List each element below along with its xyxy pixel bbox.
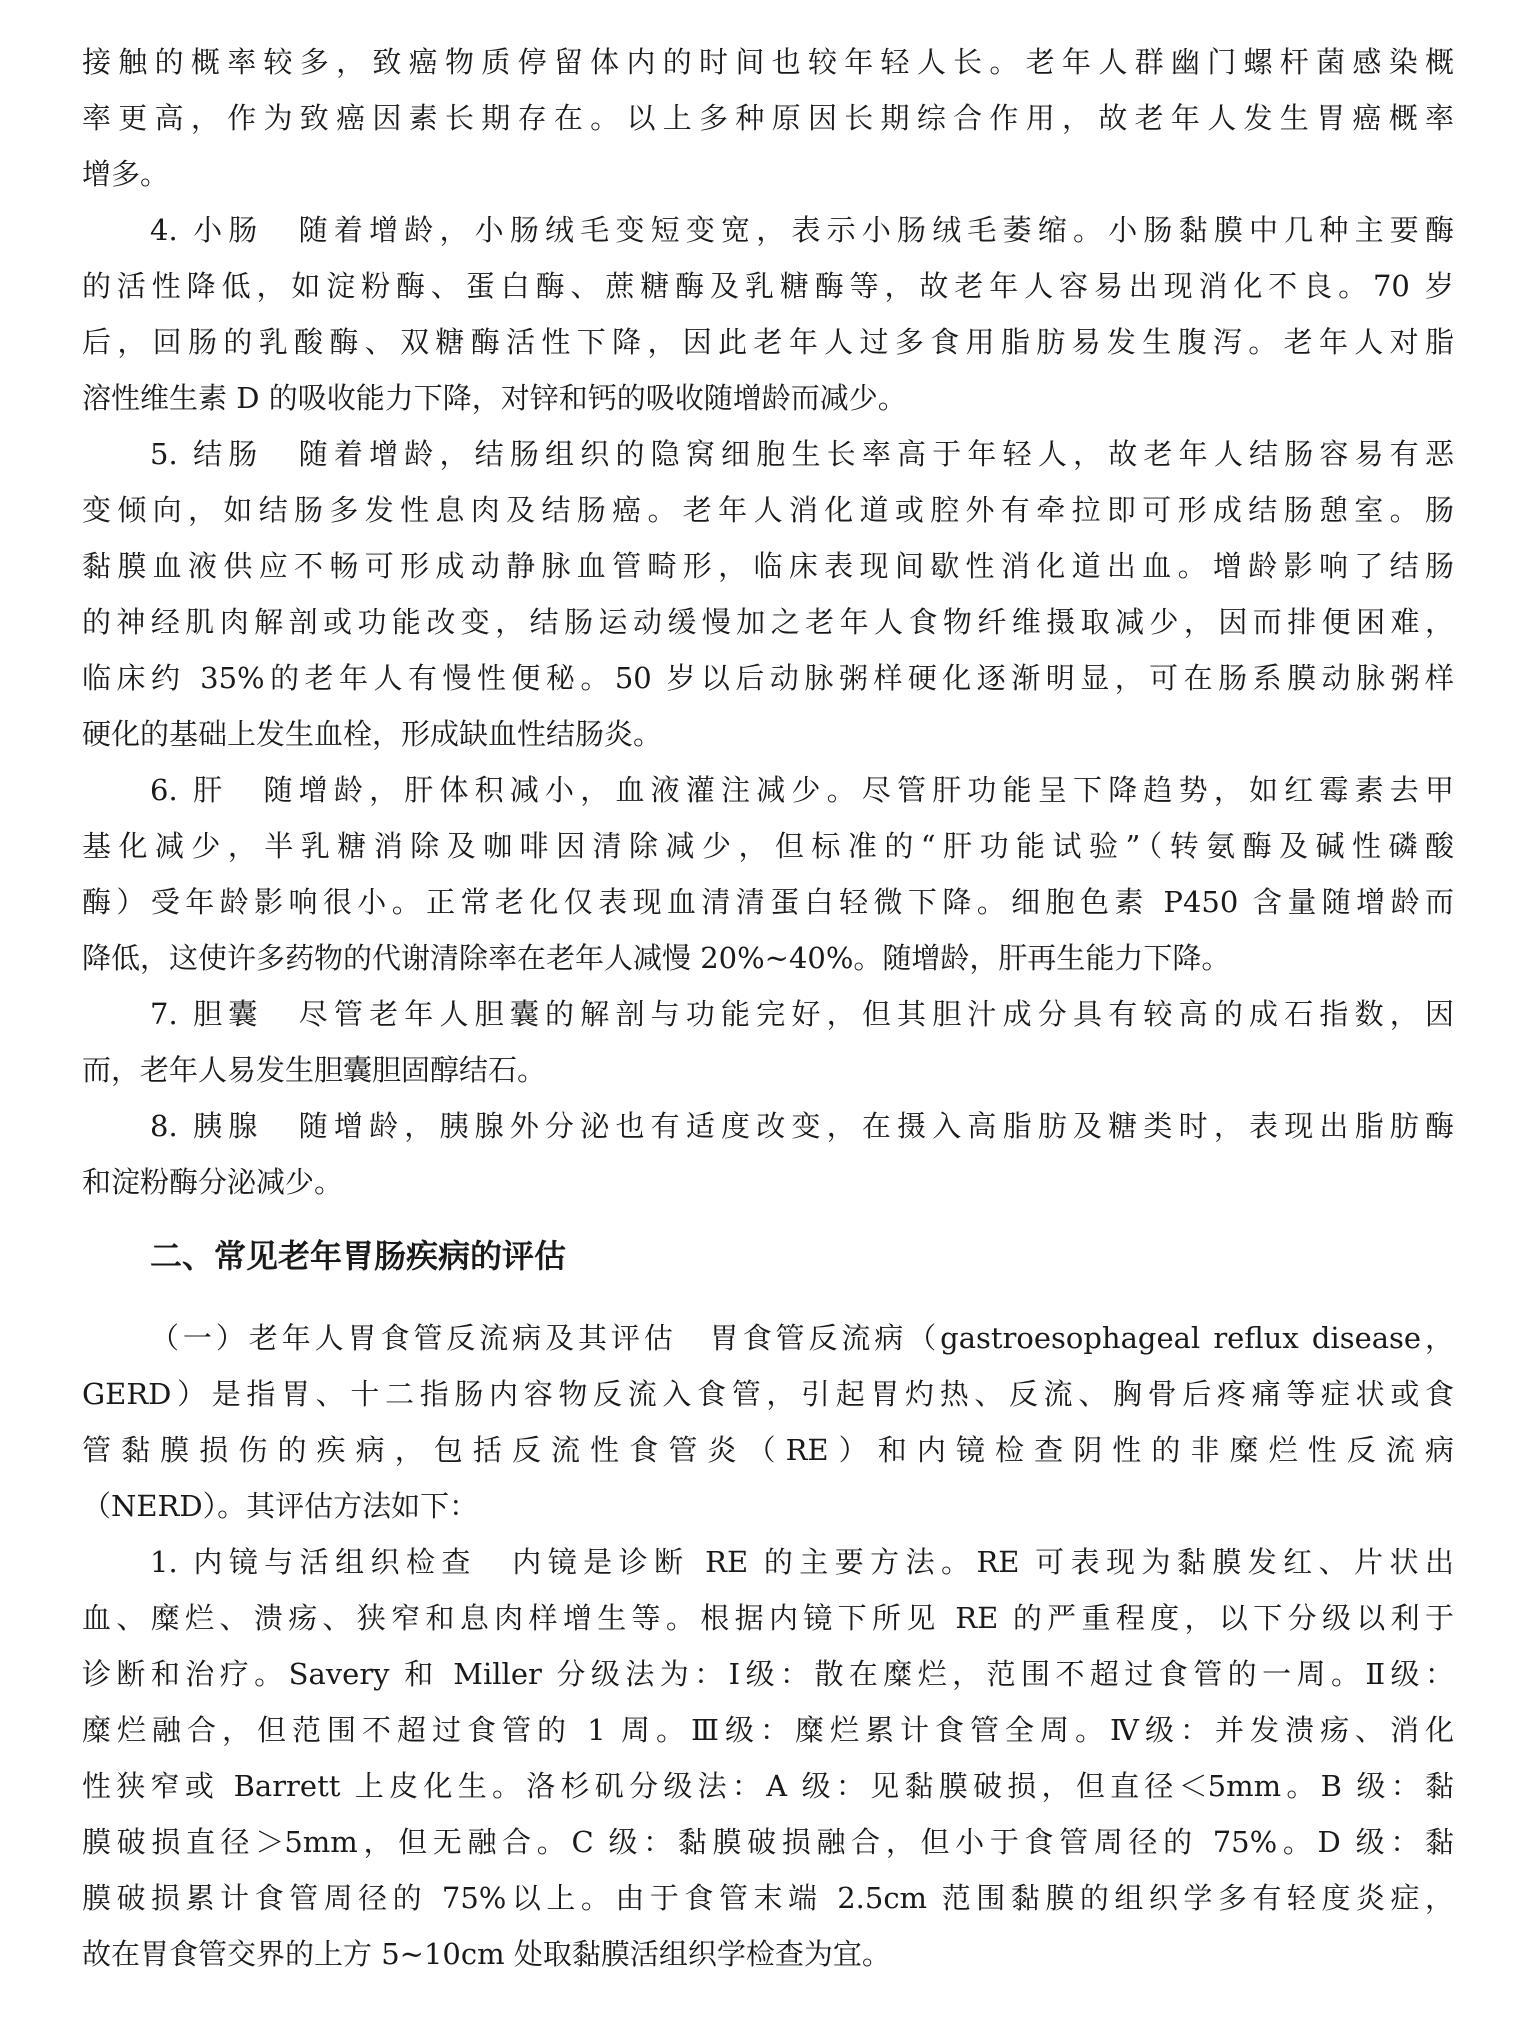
text-line: 7. 胆囊 尽管老年人胆囊的解剖与功能完好，但其胆汁成分具有较高的成石指数，因 xyxy=(150,994,1454,1034)
text-line: 降低，这使许多药物的代谢清除率在老年人减慢 20%~40%。随增龄，肝再生能力下… xyxy=(82,938,1454,978)
text-line: 血、糜烂、溃疡、狭窄和息肉样增生等。根据内镜下所见 RE 的严重程度，以下分级以… xyxy=(82,1598,1454,1638)
text-line: 诊断和治疗。Savery 和 Miller 分级法为：Ⅰ级：散在糜烂，范围不超过… xyxy=(82,1654,1454,1694)
text-line: 后，回肠的乳酸酶、双糖酶活性下降，因此老年人过多食用脂肪易发生腹泻。老年人对脂 xyxy=(82,322,1454,362)
text-line: 6. 肝 随增龄，肝体积减小，血液灌注减少。尽管肝功能呈下降趋势，如红霉素去甲 xyxy=(150,770,1454,810)
text-line: 变倾向，如结肠多发性息肉及结肠癌。老年人消化道或腔外有牵拉即可形成结肠憩室。肠 xyxy=(82,490,1454,530)
text-line: 的神经肌肉解剖或功能改变，结肠运动缓慢加之老年人食物纤维摄取减少，因而排便困难， xyxy=(82,602,1454,642)
text-line: 溶性维生素 D 的吸收能力下降，对锌和钙的吸收随增龄而减少。 xyxy=(82,378,1454,418)
text-line: 硬化的基础上发生血栓，形成缺血性结肠炎。 xyxy=(82,714,1454,754)
section-heading: 二、常见老年胃肠疾病的评估 xyxy=(150,1234,566,1278)
text-line: （一）老年人胃食管反流病及其评估 胃食管反流病（gastroesophageal… xyxy=(150,1318,1454,1358)
text-line: 而，老年人易发生胆囊胆固醇结石。 xyxy=(82,1050,1454,1090)
text-line: 酶）受年龄影响很小。正常老化仅表现血清清蛋白轻微下降。细胞色素 P450 含量随… xyxy=(82,882,1454,922)
text-line: 接触的概率较多，致癌物质停留体内的时间也较年轻人长。老年人群幽门螺杆菌感染概 xyxy=(82,42,1454,82)
text-line: 增多。 xyxy=(82,154,1454,194)
text-line: 4. 小肠 随着增龄，小肠绒毛变短变宽，表示小肠绒毛萎缩。小肠黏膜中几种主要酶 xyxy=(150,210,1454,250)
text-line: 糜烂融合，但范围不超过食管的 1 周。Ⅲ级：糜烂累计食管全周。Ⅳ级：并发溃疡、消… xyxy=(82,1710,1454,1750)
text-line: 5. 结肠 随着增龄，结肠组织的隐窝细胞生长率高于年轻人，故老年人结肠容易有恶 xyxy=(150,434,1454,474)
text-line: 黏膜血液供应不畅可形成动静脉血管畸形，临床表现间歇性消化道出血。增龄影响了结肠 xyxy=(82,546,1454,586)
text-line: （NERD）。其评估方法如下： xyxy=(82,1486,1454,1526)
text-line: 临床约 35%的老年人有慢性便秘。50 岁以后动脉粥样硬化逐渐明显，可在肠系膜动… xyxy=(82,658,1454,698)
text-line: 管黏膜损伤的疾病，包括反流性食管炎（RE）和内镜检查阴性的非糜烂性反流病 xyxy=(82,1430,1454,1470)
text-line: 基化减少，半乳糖消除及咖啡因清除减少，但标准的“肝功能试验”（转氨酶及碱性磷酸 xyxy=(82,826,1454,866)
text-line: 膜破损累计食管周径的 75%以上。由于食管末端 2.5cm 范围黏膜的组织学多有… xyxy=(82,1878,1454,1918)
text-line: GERD）是指胃、十二指肠内容物反流入食管，引起胃灼热、反流、胸骨后疼痛等症状或… xyxy=(82,1374,1454,1414)
text-line: 的活性降低，如淀粉酶、蛋白酶、蔗糖酶及乳糖酶等，故老年人容易出现消化不良。70 … xyxy=(82,266,1454,306)
text-line: 8. 胰腺 随增龄，胰腺外分泌也有适度改变，在摄入高脂肪及糖类时，表现出脂肪酶 xyxy=(150,1106,1454,1146)
text-line: 率更高，作为致癌因素长期存在。以上多种原因长期综合作用，故老年人发生胃癌概率 xyxy=(82,98,1454,138)
text-line: 1. 内镜与活组织检查 内镜是诊断 RE 的主要方法。RE 可表现为黏膜发红、片… xyxy=(150,1542,1454,1582)
text-line: 故在胃食管交界的上方 5~10cm 处取黏膜活组织学检查为宜。 xyxy=(82,1934,1454,1974)
text-line: 性狭窄或 Barrett 上皮化生。洛杉矶分级法：A 级：见黏膜破损，但直径＜5… xyxy=(82,1766,1454,1806)
text-line: 膜破损直径＞5mm，但无融合。C 级：黏膜破损融合，但小于食管周径的 75%。D… xyxy=(82,1822,1454,1862)
text-line: 和淀粉酶分泌减少。 xyxy=(82,1162,1454,1202)
